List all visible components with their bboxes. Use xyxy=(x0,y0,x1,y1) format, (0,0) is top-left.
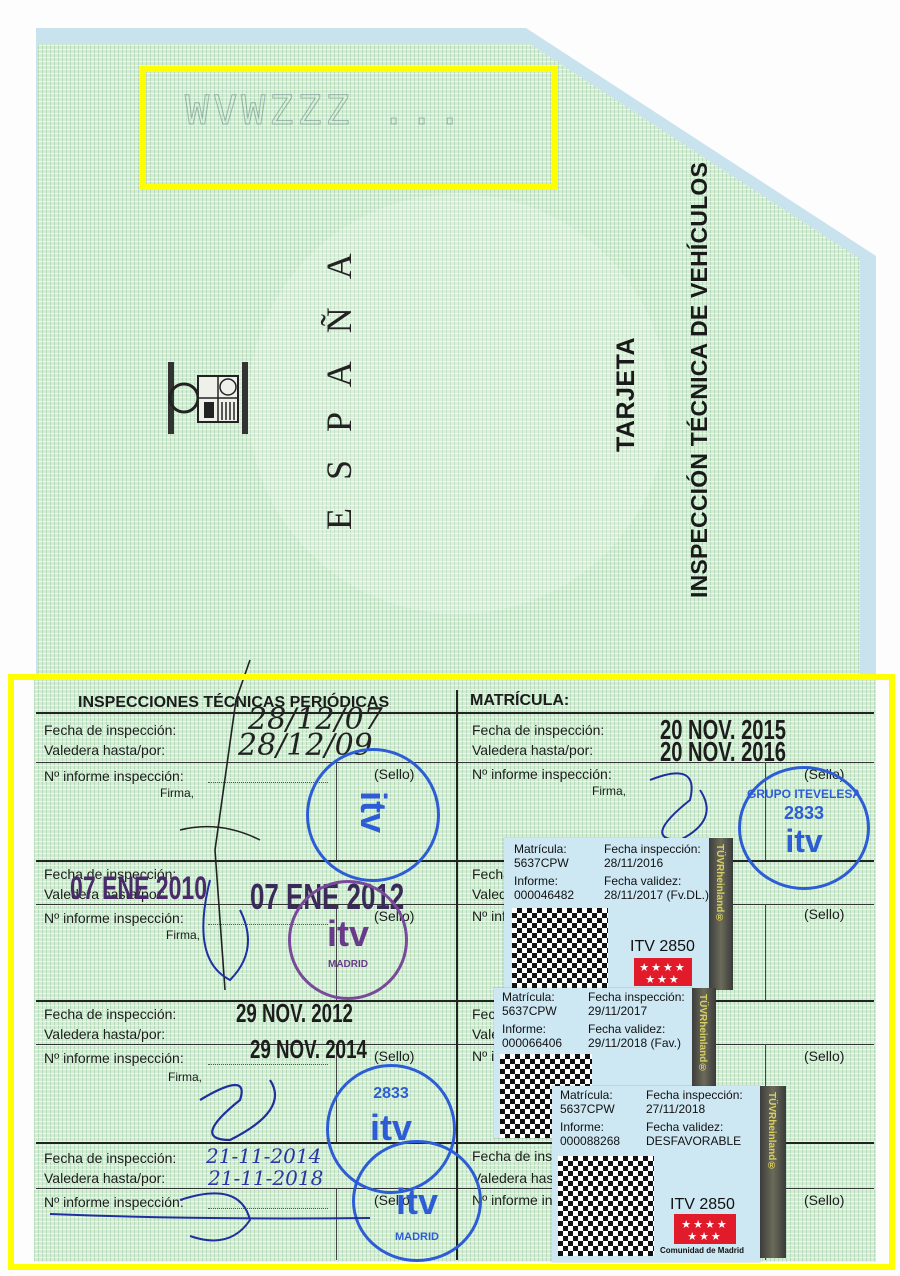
document-title: INSPECCIÓN TÉCNICA DE VEHÍCULOS xyxy=(686,162,713,598)
spain-coat-of-arms-icon xyxy=(162,358,254,438)
highlight-box-vin xyxy=(140,66,558,190)
country-title: ESPAÑA xyxy=(318,225,360,530)
watermark-emblem xyxy=(248,194,668,614)
card-word: TARJETA xyxy=(612,337,641,452)
highlight-box-inspections xyxy=(8,674,895,1270)
